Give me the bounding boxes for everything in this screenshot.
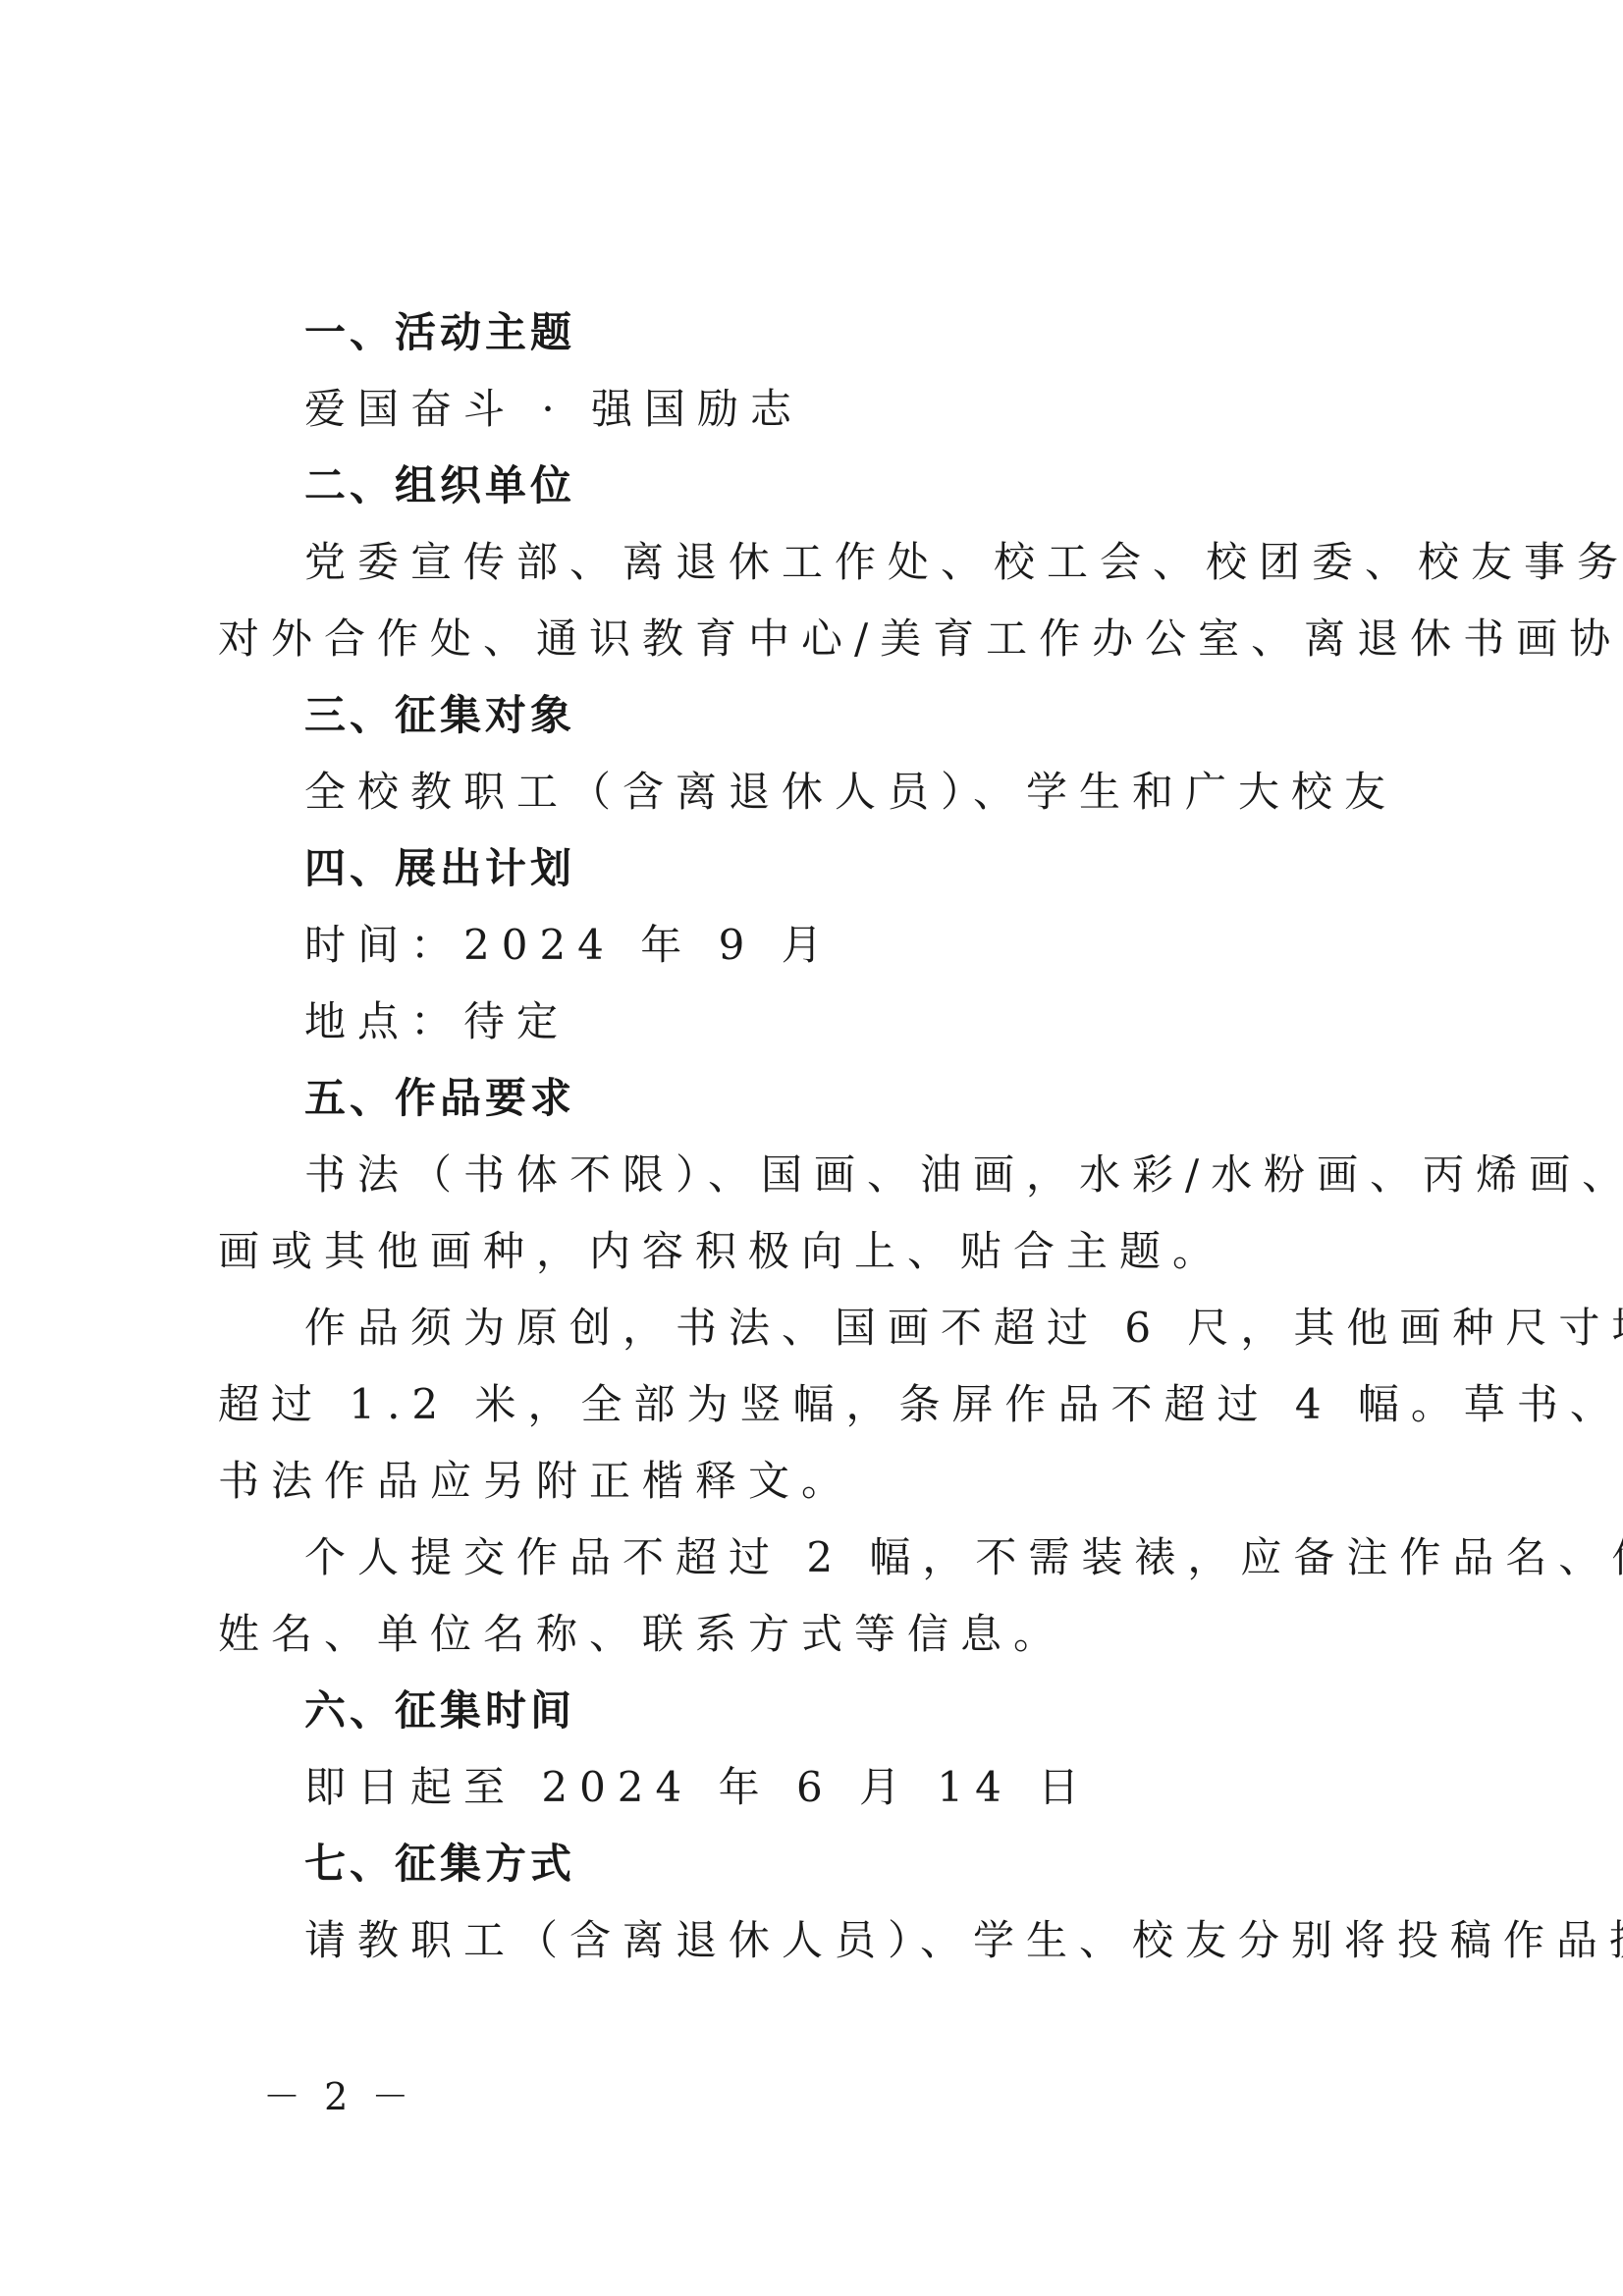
organizers-line-2: 对外合作处、通识教育中心/美育工作办公室、离退休书画协会 [218, 601, 1416, 677]
requirements-line-5: 书法作品应另附正楷释文。 [218, 1443, 1416, 1520]
section-heading-requirements: 五、作品要求 [218, 1060, 1416, 1137]
section-heading-target: 三、征集对象 [218, 677, 1416, 754]
collection-method-line-1: 请教职工（含离退休人员）、学生、校友分别将投稿作品提 [218, 1902, 1416, 1979]
section-heading-exhibition-plan: 四、展出计划 [218, 830, 1416, 907]
exhibition-time: 时间：2024 年 9 月 [218, 907, 1416, 984]
requirements-line-7: 姓名、单位名称、联系方式等信息。 [218, 1596, 1416, 1673]
section-heading-collection-method: 七、征集方式 [218, 1826, 1416, 1902]
requirements-line-3: 作品须为原创，书法、国画不超过 6 尺，其他画种尺寸均不 [218, 1290, 1416, 1366]
section-heading-collection-time: 六、征集时间 [218, 1673, 1416, 1749]
requirements-line-1: 书法（书体不限）、国画、油画，水彩/水粉画、丙烯画、版 [218, 1137, 1416, 1213]
document-body: 一、活动主题 爱国奋斗 · 强国励志 二、组织单位 党委宣传部、离退休工作处、校… [218, 294, 1416, 1979]
section-heading-theme: 一、活动主题 [218, 294, 1416, 371]
requirements-line-2: 画或其他画种，内容积极向上、贴合主题。 [218, 1213, 1416, 1290]
requirements-line-4: 超过 1.2 米，全部为竖幅，条屏作品不超过 4 幅。草书、篆书等 [218, 1366, 1416, 1443]
requirements-line-6: 个人提交作品不超过 2 幅，不需装裱，应备注作品名、作者 [218, 1520, 1416, 1596]
target-text: 全校教职工（含离退休人员）、学生和广大校友 [218, 754, 1416, 830]
organizers-line-1: 党委宣传部、离退休工作处、校工会、校团委、校友事务与 [218, 524, 1416, 601]
section-heading-organizers: 二、组织单位 [218, 448, 1416, 524]
collection-time-text: 即日起至 2024 年 6 月 14 日 [218, 1749, 1416, 1826]
theme-text: 爱国奋斗 · 强国励志 [218, 371, 1416, 448]
page-number: － 2 － [263, 2066, 414, 2120]
exhibition-location: 地点：待定 [218, 984, 1416, 1060]
